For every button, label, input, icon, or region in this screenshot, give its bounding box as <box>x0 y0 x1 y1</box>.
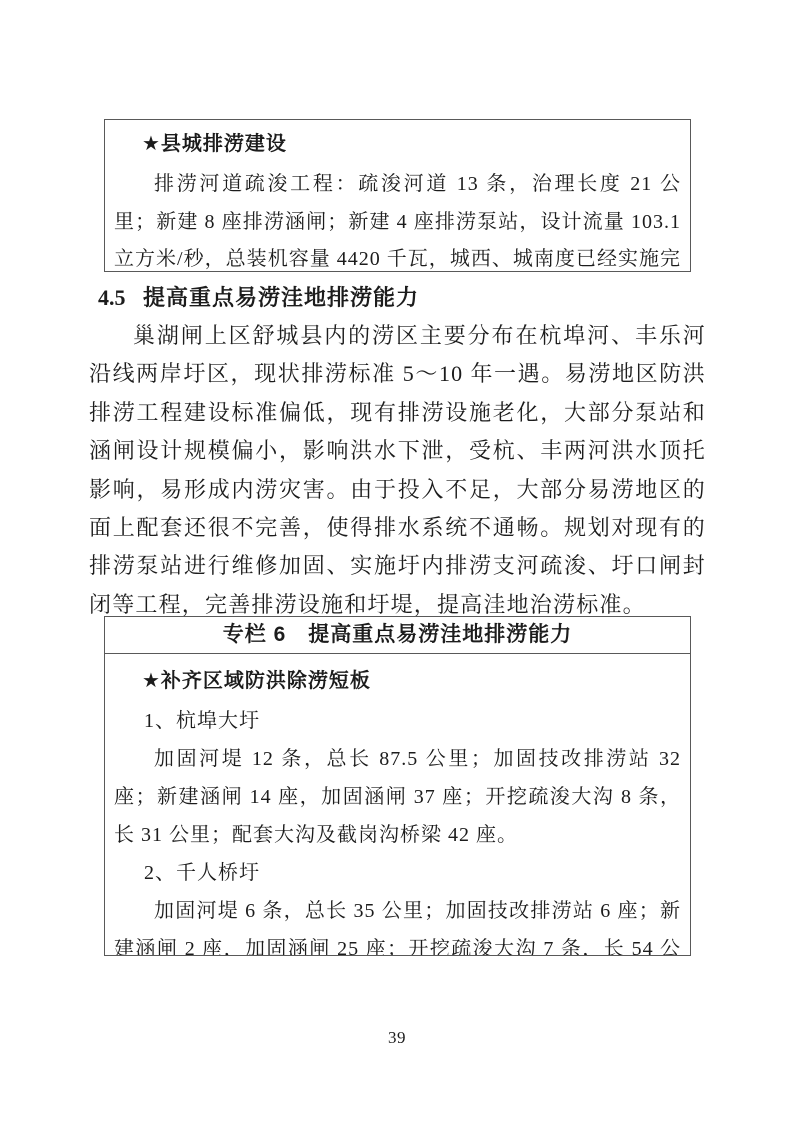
section-title: 提高重点易涝洼地排涝能力 <box>143 285 419 310</box>
section-paragraph: 巢湖闸上区舒城县内的涝区主要分布在杭埠河、丰乐河沿线两岸圩区，现状排涝标准 5～… <box>89 317 706 624</box>
page-number: 39 <box>0 1028 794 1048</box>
column-6-box: 专栏 6 提高重点易涝洼地排涝能力 ★补齐区域防洪除涝短板 1、杭埠大圩 加固河… <box>104 616 691 956</box>
county-drainage-callout-box: ★县城排涝建设 排涝河道疏浚工程：疏浚河道 13 条，治理长度 21 公里；新建… <box>104 119 691 272</box>
section-heading: 4.5 提高重点易涝洼地排涝能力 <box>98 281 419 312</box>
column-box-subtitle: ★补齐区域防洪除涝短板 <box>114 666 681 696</box>
column-box-header: 专栏 6 提高重点易涝洼地排涝能力 <box>105 617 690 654</box>
section-number: 4.5 <box>98 285 126 310</box>
list-item-1-title: 1、杭埠大圩 <box>114 702 681 740</box>
callout-box-title: ★县城排涝建设 <box>114 130 681 158</box>
list-item-1-body: 加固河堤 12 条，总长 87.5 公里；加固技改排涝站 32 座；新建涵闸 1… <box>114 740 681 854</box>
list-item-2-title: 2、千人桥圩 <box>114 854 681 892</box>
callout-box-body: 排涝河道疏浚工程：疏浚河道 13 条，治理长度 21 公里；新建 8 座排涝涵闸… <box>114 166 681 272</box>
list-item-2-body: 加固河堤 6 条，总长 35 公里；加固技改排涝站 6 座；新建涵闸 2 座，加… <box>114 892 681 956</box>
column-box-body: ★补齐区域防洪除涝短板 1、杭埠大圩 加固河堤 12 条，总长 87.5 公里；… <box>105 654 690 956</box>
document-page: ★县城排涝建设 排涝河道疏浚工程：疏浚河道 13 条，治理长度 21 公里；新建… <box>0 0 794 1122</box>
